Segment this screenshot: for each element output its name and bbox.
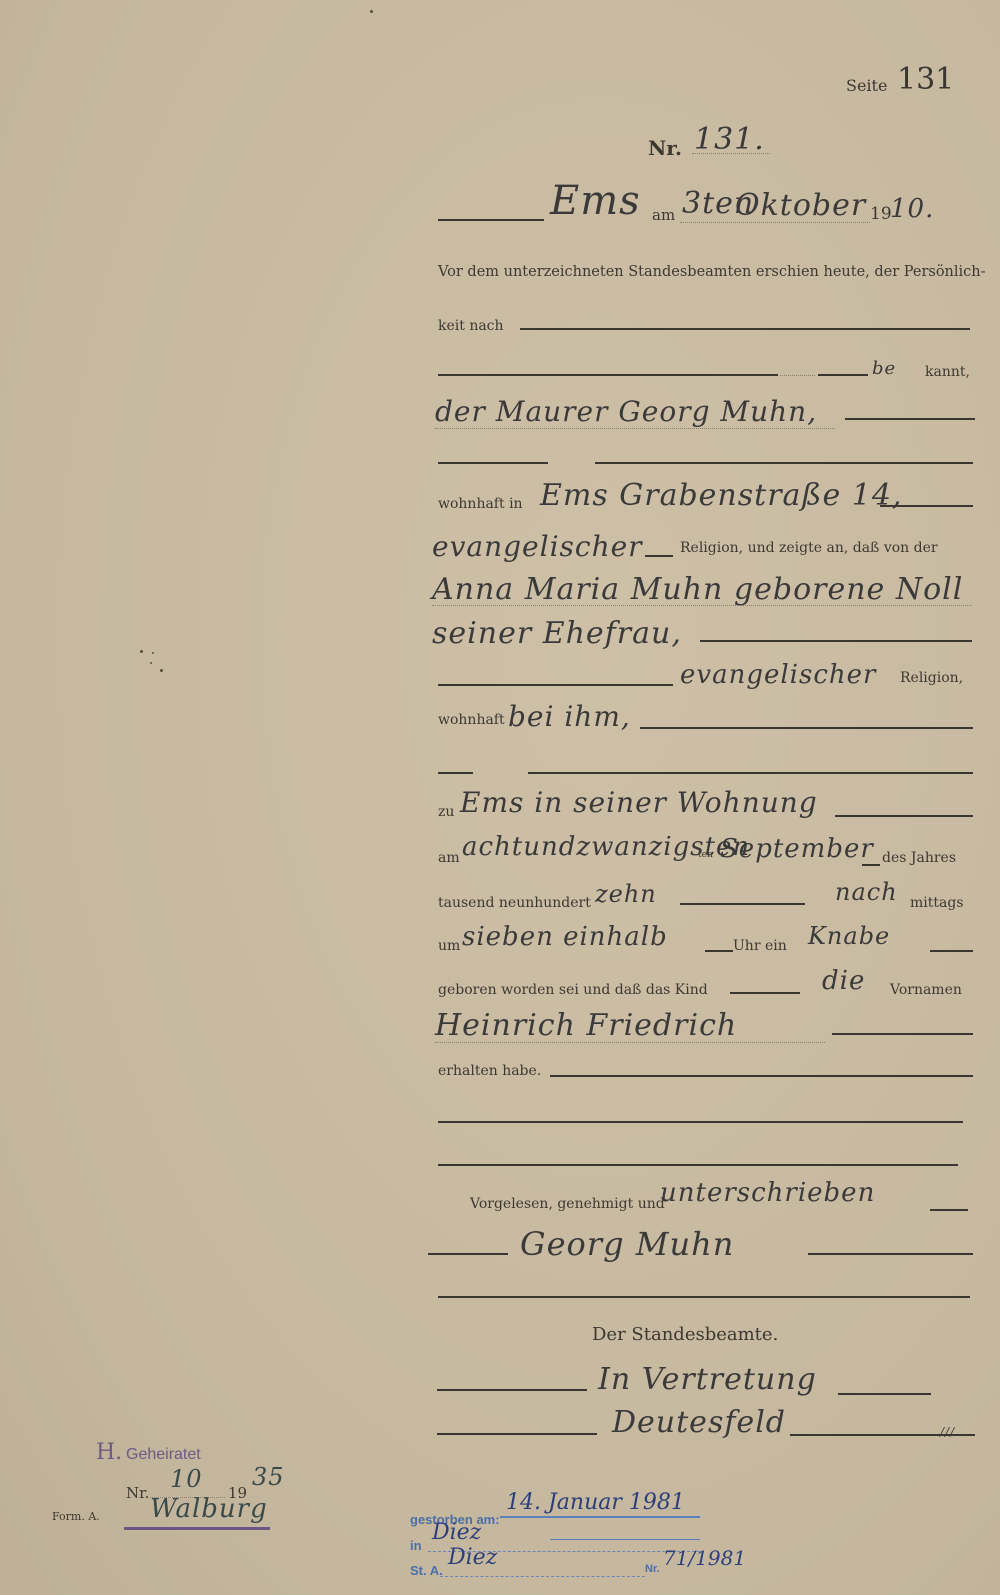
death-date: 14. Januar 1981 — [506, 1490, 685, 1515]
document-page: Seite 131 Nr. 131. Ems am 3ten Oktober 1… — [0, 0, 1000, 1595]
am-label-birth: am — [438, 850, 460, 866]
vorgelesen-label: Vorgelesen, genehmigt und — [470, 1196, 665, 1212]
mittags-label: mittags — [910, 895, 964, 911]
death-sta-place: Diez — [448, 1545, 497, 1570]
ten-label: ten — [698, 850, 713, 860]
informant-signature: Georg Muhn — [520, 1225, 734, 1263]
nach-word: nach — [835, 878, 898, 906]
registrar-line1: In Vertretung — [598, 1362, 817, 1397]
geboren-text: geboren worden sei und daß das Kind — [438, 982, 708, 998]
death-nr-value: 71/1981 — [663, 1546, 746, 1570]
am-label: am — [652, 206, 675, 224]
marriage-nr-value: 10 — [170, 1465, 203, 1493]
wohnhaft-label: wohnhaft — [438, 712, 505, 728]
erhalten-label: erhalten habe. — [438, 1063, 541, 1079]
wohnhaft-in-label: wohnhaft in — [438, 496, 523, 512]
tausend-label: tausend neunhundert — [438, 895, 591, 911]
record-label: Nr. — [648, 136, 682, 160]
initials-mark: /// — [940, 1425, 955, 1439]
paper-speck — [152, 652, 154, 654]
page-number: 131 — [897, 62, 954, 97]
paper-speck — [370, 10, 373, 13]
death-in-label: in — [410, 1538, 422, 1553]
bekannt-label: kannt, — [925, 364, 970, 380]
paper-speck — [140, 650, 143, 653]
mother-religion: evangelischer — [680, 660, 876, 690]
unterschrieben: unterschrieben — [660, 1178, 875, 1208]
registrar-title: Der Standesbeamte. — [592, 1324, 778, 1345]
vornamen-label: Vornamen — [890, 982, 962, 998]
marriage-place: Walburg — [150, 1494, 268, 1524]
mother-name: Anna Maria Muhn geborene Noll — [432, 572, 963, 607]
death-nr-label: Nr. — [645, 1563, 660, 1575]
religion-label: Religion, — [900, 670, 963, 686]
death-sta-label: St. A. — [410, 1563, 443, 1578]
birth-place: Ems in seiner Wohnung — [460, 786, 818, 819]
mother-residence: bei ihm, — [508, 700, 631, 733]
keit-nach-label: keit nach — [438, 318, 504, 334]
birth-time: sieben einhalb — [462, 922, 668, 952]
death-in-place: Diez — [432, 1520, 481, 1545]
bekannt-prefix: be — [872, 358, 896, 379]
child-sex: Knabe — [808, 922, 890, 950]
zu-label: zu — [438, 804, 454, 820]
uhr-ein-label: Uhr ein — [733, 938, 787, 954]
des-jahres-label: des Jahres — [882, 850, 956, 866]
mother-relation: seiner Ehefrau, — [432, 616, 682, 651]
form-label: Form. A. — [52, 1510, 100, 1523]
informant-religion: evangelischer — [432, 530, 643, 563]
date-year-suffix: 10. — [890, 194, 934, 224]
date-month: Oktober — [735, 188, 866, 223]
religion-text: Religion, und zeigte an, daß von der — [680, 540, 938, 556]
paper-speck — [160, 669, 163, 672]
informant-name: der Maurer Georg Muhn, — [435, 395, 817, 428]
page-label: Seite — [846, 76, 887, 95]
place: Ems — [550, 178, 641, 224]
marriage-year-value: 35 — [252, 1463, 285, 1491]
date-year-prefix: 19 — [870, 204, 892, 224]
informant-address: Ems Grabenstraße 14, — [540, 478, 902, 513]
marriage-stamp-letter: H. — [96, 1440, 122, 1465]
record-number: 131. — [694, 122, 765, 157]
registrar-line2: Deutesfeld — [612, 1405, 786, 1440]
paper-speck — [150, 662, 152, 664]
child-names: Heinrich Friedrich — [435, 1008, 737, 1043]
marriage-nr-label: Nr. — [126, 1484, 149, 1502]
um-label: um — [438, 938, 460, 954]
marriage-stamp-label: Geheiratet — [126, 1446, 201, 1464]
birth-month: September — [720, 834, 874, 864]
die-word: die — [822, 966, 865, 996]
intro-text: Vor dem unterzeichneten Standesbeamten e… — [438, 264, 986, 280]
birth-year-word: zehn — [595, 880, 657, 908]
